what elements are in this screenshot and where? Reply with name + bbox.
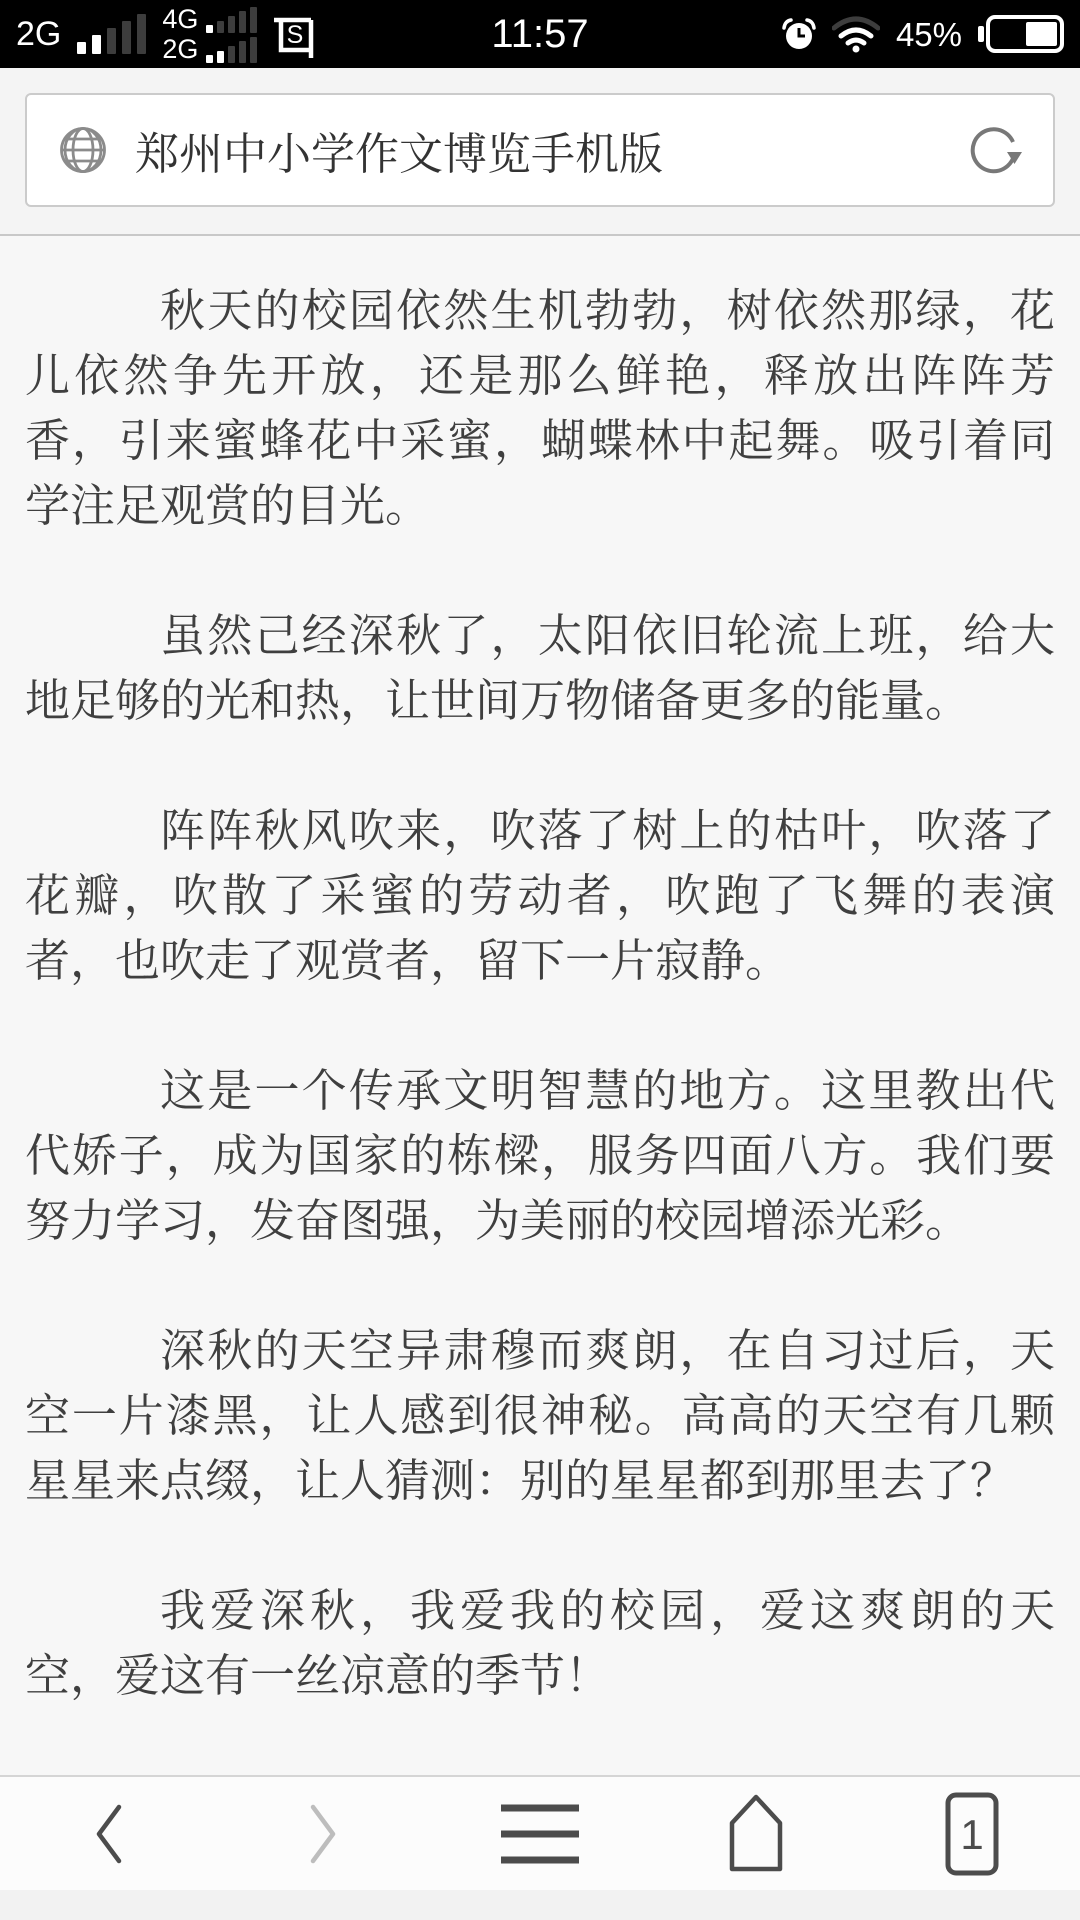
- battery-fill: [1026, 22, 1058, 46]
- tab-count-icon: 1: [945, 1792, 999, 1876]
- browser-header: 郑州中小学作文博览手机版: [0, 68, 1080, 236]
- sim2-network-top-label: 4G: [162, 5, 198, 33]
- sim1-signal-icon: [77, 14, 146, 54]
- refresh-icon: [967, 122, 1023, 178]
- essay-paragraph-2: 虽然己经深秋了，太阳依旧轮流上班，给大地足够的光和热，让世间万物储备更多的能量。: [25, 603, 1055, 733]
- status-bar: 2G 4G 2G S 11:57: [0, 0, 1080, 68]
- home-button[interactable]: [648, 1777, 864, 1890]
- status-right-cluster: 45%: [782, 15, 1064, 53]
- essay-paragraph-3: 阵阵秋风吹来，吹落了树上的枯叶，吹落了花瓣，吹散了采蜜的劳动者，吹跑了飞舞的表演…: [25, 798, 1055, 993]
- alarm-icon: [782, 16, 816, 52]
- home-icon: [726, 1793, 786, 1875]
- page-scroll-area[interactable]: 秋天的校园依然生机勃勃，树依然那绿，花儿依然争先开放，还是那么鲜艳，释放出阵阵芳…: [0, 236, 1080, 1775]
- tab-count-label: 1: [960, 1811, 983, 1858]
- refresh-button[interactable]: [967, 122, 1023, 178]
- service-s-letter: S: [287, 21, 304, 49]
- address-bar[interactable]: 郑州中小学作文博览手机版: [25, 93, 1055, 207]
- clock-time: 11:57: [491, 14, 588, 54]
- sim2-cluster: 4G 2G: [162, 5, 257, 63]
- menu-icon: [499, 1802, 581, 1866]
- sim2-bottom-signal-icon: [206, 37, 257, 63]
- forward-button[interactable]: [216, 1777, 432, 1890]
- chevron-right-icon: [307, 1803, 341, 1865]
- menu-button[interactable]: [432, 1777, 648, 1890]
- sim2-top-signal-icon: [206, 7, 257, 33]
- essay-paragraph-6: 我爱深秋，我爱我的校园，爱这爽朗的天空，爱这有一丝凉意的季节！: [25, 1578, 1055, 1708]
- globe-icon: [57, 124, 109, 176]
- bottom-nav: 1: [0, 1775, 1080, 1890]
- battery-icon: [978, 15, 1064, 53]
- chevron-left-icon: [91, 1803, 125, 1865]
- tabs-button[interactable]: 1: [864, 1777, 1080, 1890]
- bottom-strip: [0, 1890, 1080, 1920]
- essay-paragraph-5: 深秋的天空异肃穆而爽朗，在自习过后，天空一片漆黑，让人感到很神秘。高高的天空有几…: [25, 1318, 1055, 1513]
- back-button[interactable]: [0, 1777, 216, 1890]
- sim1-network-label: 2G: [16, 17, 61, 51]
- essay-paragraph-1: 秋天的校园依然生机勃勃，树依然那绿，花儿依然争先开放，还是那么鲜艳，释放出阵阵芳…: [25, 278, 1055, 538]
- wifi-icon: [832, 15, 880, 53]
- phone-screen: 2G 4G 2G S 11:57: [0, 0, 1080, 1920]
- essay-paragraph-4: 这是一个传承文明智慧的地方。这里教出代代娇子，成为国家的栋樑，服务四面八方。我们…: [25, 1058, 1055, 1253]
- page-title: 郑州中小学作文博览手机版: [135, 118, 941, 182]
- service-s-icon: S: [273, 10, 319, 58]
- sim2-network-bottom-label: 2G: [162, 35, 198, 63]
- status-left-cluster: 2G 4G 2G S: [16, 5, 319, 63]
- battery-percent-label: 45%: [896, 18, 962, 51]
